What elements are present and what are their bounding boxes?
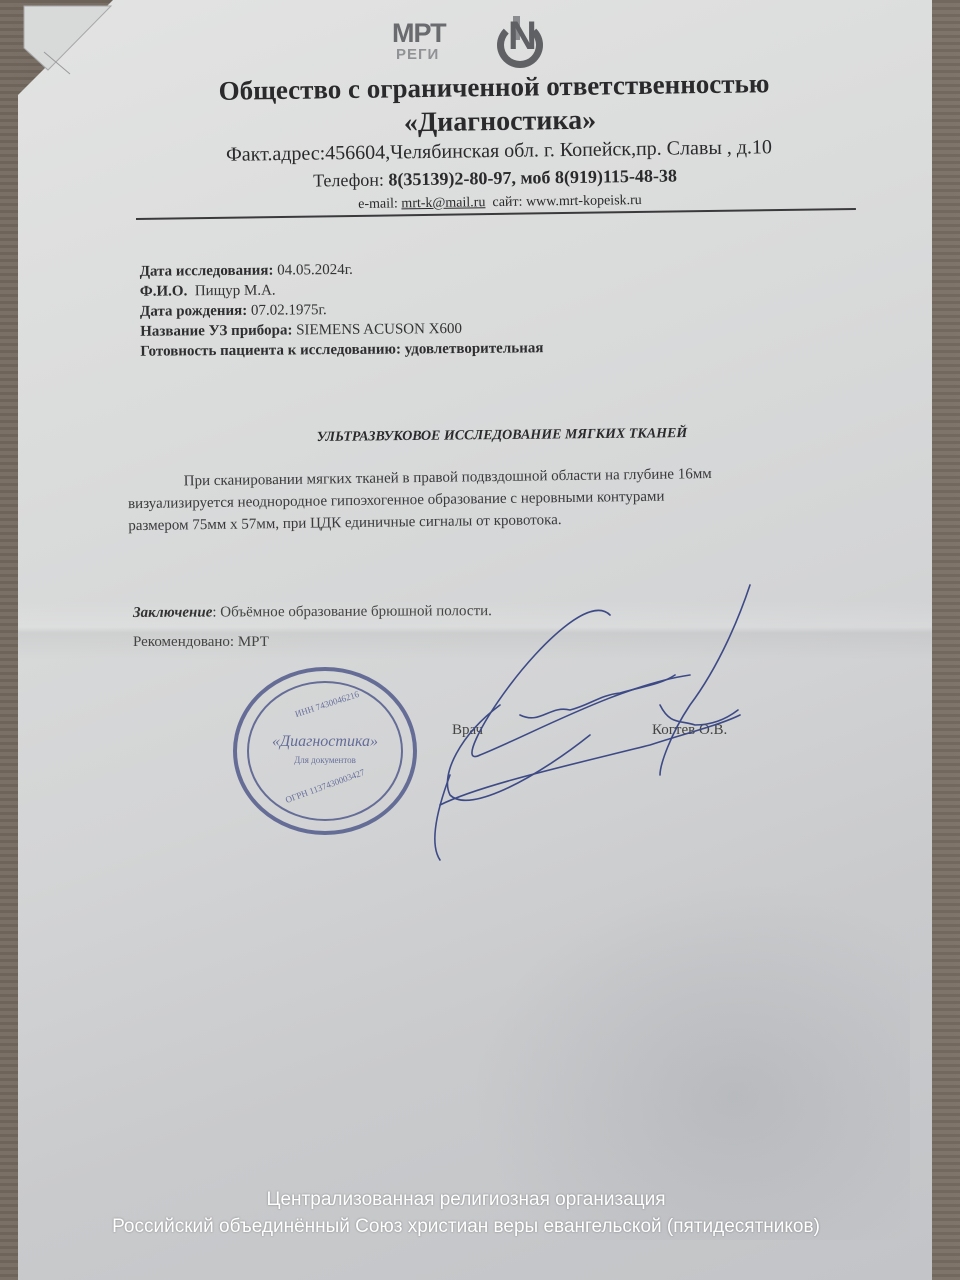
logo-regi-text: РЕГИ — [396, 46, 439, 63]
site-label: сайт: — [492, 195, 526, 210]
stamp-inn: ИНН 7430046216 — [287, 687, 366, 721]
study-title: УЛЬТРАЗВУКОВОЕ ИССЛЕДОВАНИЕ МЯГКИХ ТКАНЕ… — [262, 425, 742, 446]
organization-stamp: ИНН 7430046216 «Диагностика» Для докумен… — [233, 667, 417, 835]
medical-report: МРТ РЕГИ N Общество с ограниченной ответ… — [0, 0, 960, 1280]
patient-info: Дата исследования: 04.05.2024г. Ф.И.О. П… — [140, 258, 544, 362]
logo-mrt-text: МРТ — [392, 18, 446, 49]
conclusion-label: Заключение — [133, 605, 212, 621]
stamp-name: «Диагностика» — [251, 733, 399, 751]
signature-scribble — [420, 575, 780, 865]
watermark-caption: Централизованная религиозная организация… — [0, 1186, 932, 1240]
site-link[interactable]: www.mrt-kopeisk.ru — [526, 193, 642, 210]
stamp-ogrn: ОГРН 1137430003427 — [276, 764, 373, 808]
organization-address: Факт.адрес:456604,Челябинская обл. г. Ко… — [164, 135, 834, 167]
stamp-subtitle: Для документов — [267, 755, 383, 765]
email-link[interactable]: mrt-k@mail.ru — [401, 195, 485, 211]
recommendation: Рекомендовано: МРТ — [133, 634, 269, 651]
caption-line-2: Российский объединённый Союз христиан ве… — [0, 1213, 932, 1240]
phone-value: 8(35139)2-80-97, моб 8(919)115-48-38 — [388, 165, 677, 189]
phone-label: Телефон: — [313, 169, 389, 190]
clinic-logo: МРТ РЕГИ N — [392, 16, 592, 66]
logo-n-text: N — [508, 14, 537, 59]
patient-row-readiness: Готовность пациента к исследованию: удов… — [140, 338, 543, 362]
email-label: e-mail: — [358, 196, 401, 212]
caption-line-1: Централизованная религиозная организация — [0, 1186, 932, 1213]
study-description: При сканировании мягких тканей в правой … — [128, 461, 869, 537]
organization-phone: Телефон: 8(35139)2-80-97, моб 8(919)115-… — [250, 165, 740, 193]
organization-type: Общество с ограниченной ответственностью — [178, 68, 810, 108]
organization-name: «Диагностика» — [300, 103, 700, 141]
